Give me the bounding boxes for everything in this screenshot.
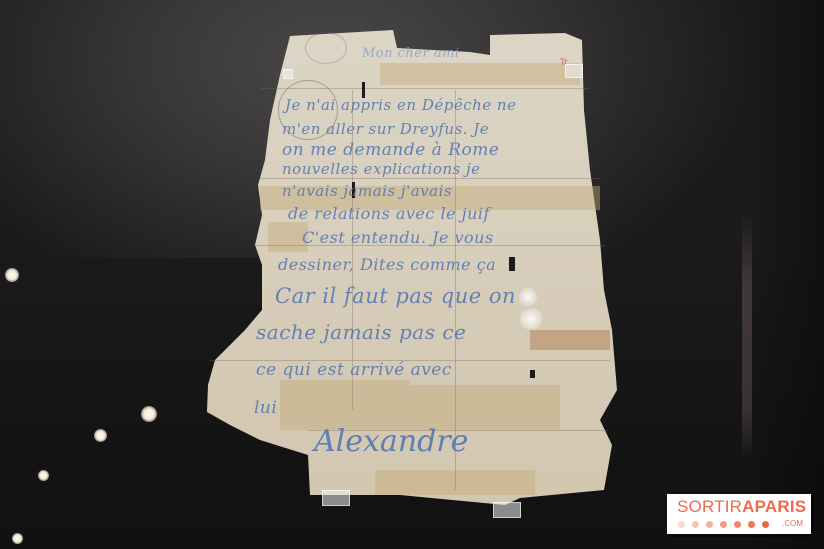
- watermark-dot: [720, 521, 727, 528]
- letter-line: C'est entendu. Je vous: [302, 228, 494, 247]
- watermark-dot: [706, 521, 713, 528]
- paper-tear: [530, 370, 535, 378]
- watermark-dot: [762, 521, 769, 528]
- letter-line: lui: [254, 398, 277, 418]
- letter-line: Je n'ai appris en Dépêche ne: [285, 96, 516, 114]
- mounting-clip: [493, 502, 521, 518]
- watermark-dot: [748, 521, 755, 528]
- glass-glare: [520, 308, 542, 330]
- tape-strip: [530, 330, 610, 350]
- watermark-dot: [734, 521, 741, 528]
- letter-signature: Alexandre: [314, 424, 468, 459]
- fold-crease: [260, 178, 600, 179]
- museum-display-photo: Mon cher ami Je n'ai appris en Dépêche n…: [0, 0, 824, 549]
- letter-header: Mon cher ami: [362, 46, 460, 61]
- sortiraparis-watermark: SORTIRAPARIS .COM: [667, 494, 811, 534]
- glass-glare: [519, 288, 537, 306]
- watermark-dot: [678, 521, 685, 528]
- letter-line: sache jamais pas ce: [256, 320, 466, 344]
- watermark-brand: SORTIRAPARIS: [677, 497, 806, 517]
- letter-line: dessiner, Dites comme ça: [278, 255, 496, 274]
- paper-tear: [509, 257, 515, 271]
- letter-line: de relations avec le juif: [288, 204, 490, 223]
- mounting-clip: [565, 64, 583, 78]
- tape-strip: [380, 63, 580, 85]
- letter-line: n'avais jamais j'avais: [282, 182, 452, 200]
- tape-strip: [280, 380, 410, 430]
- letter-line: on me demande à Rome: [282, 140, 499, 160]
- handwritten-letter: Mon cher ami Je n'ai appris en Dépêche n…: [0, 0, 824, 549]
- letter-line: nouvelles explications je: [282, 160, 481, 178]
- letter-line: Car il faut pas que on: [275, 284, 516, 308]
- mounting-clip: [283, 69, 293, 79]
- letter-line: ce qui est arrivé avec: [256, 360, 452, 380]
- watermark-suffix: .COM: [782, 519, 803, 528]
- watermark-dots: [678, 521, 769, 528]
- letter-line: m'en aller sur Dreyfus. Je: [282, 120, 489, 138]
- mounting-clip: [322, 490, 350, 506]
- postmark-stamp: [305, 32, 347, 64]
- watermark-dot: [692, 521, 699, 528]
